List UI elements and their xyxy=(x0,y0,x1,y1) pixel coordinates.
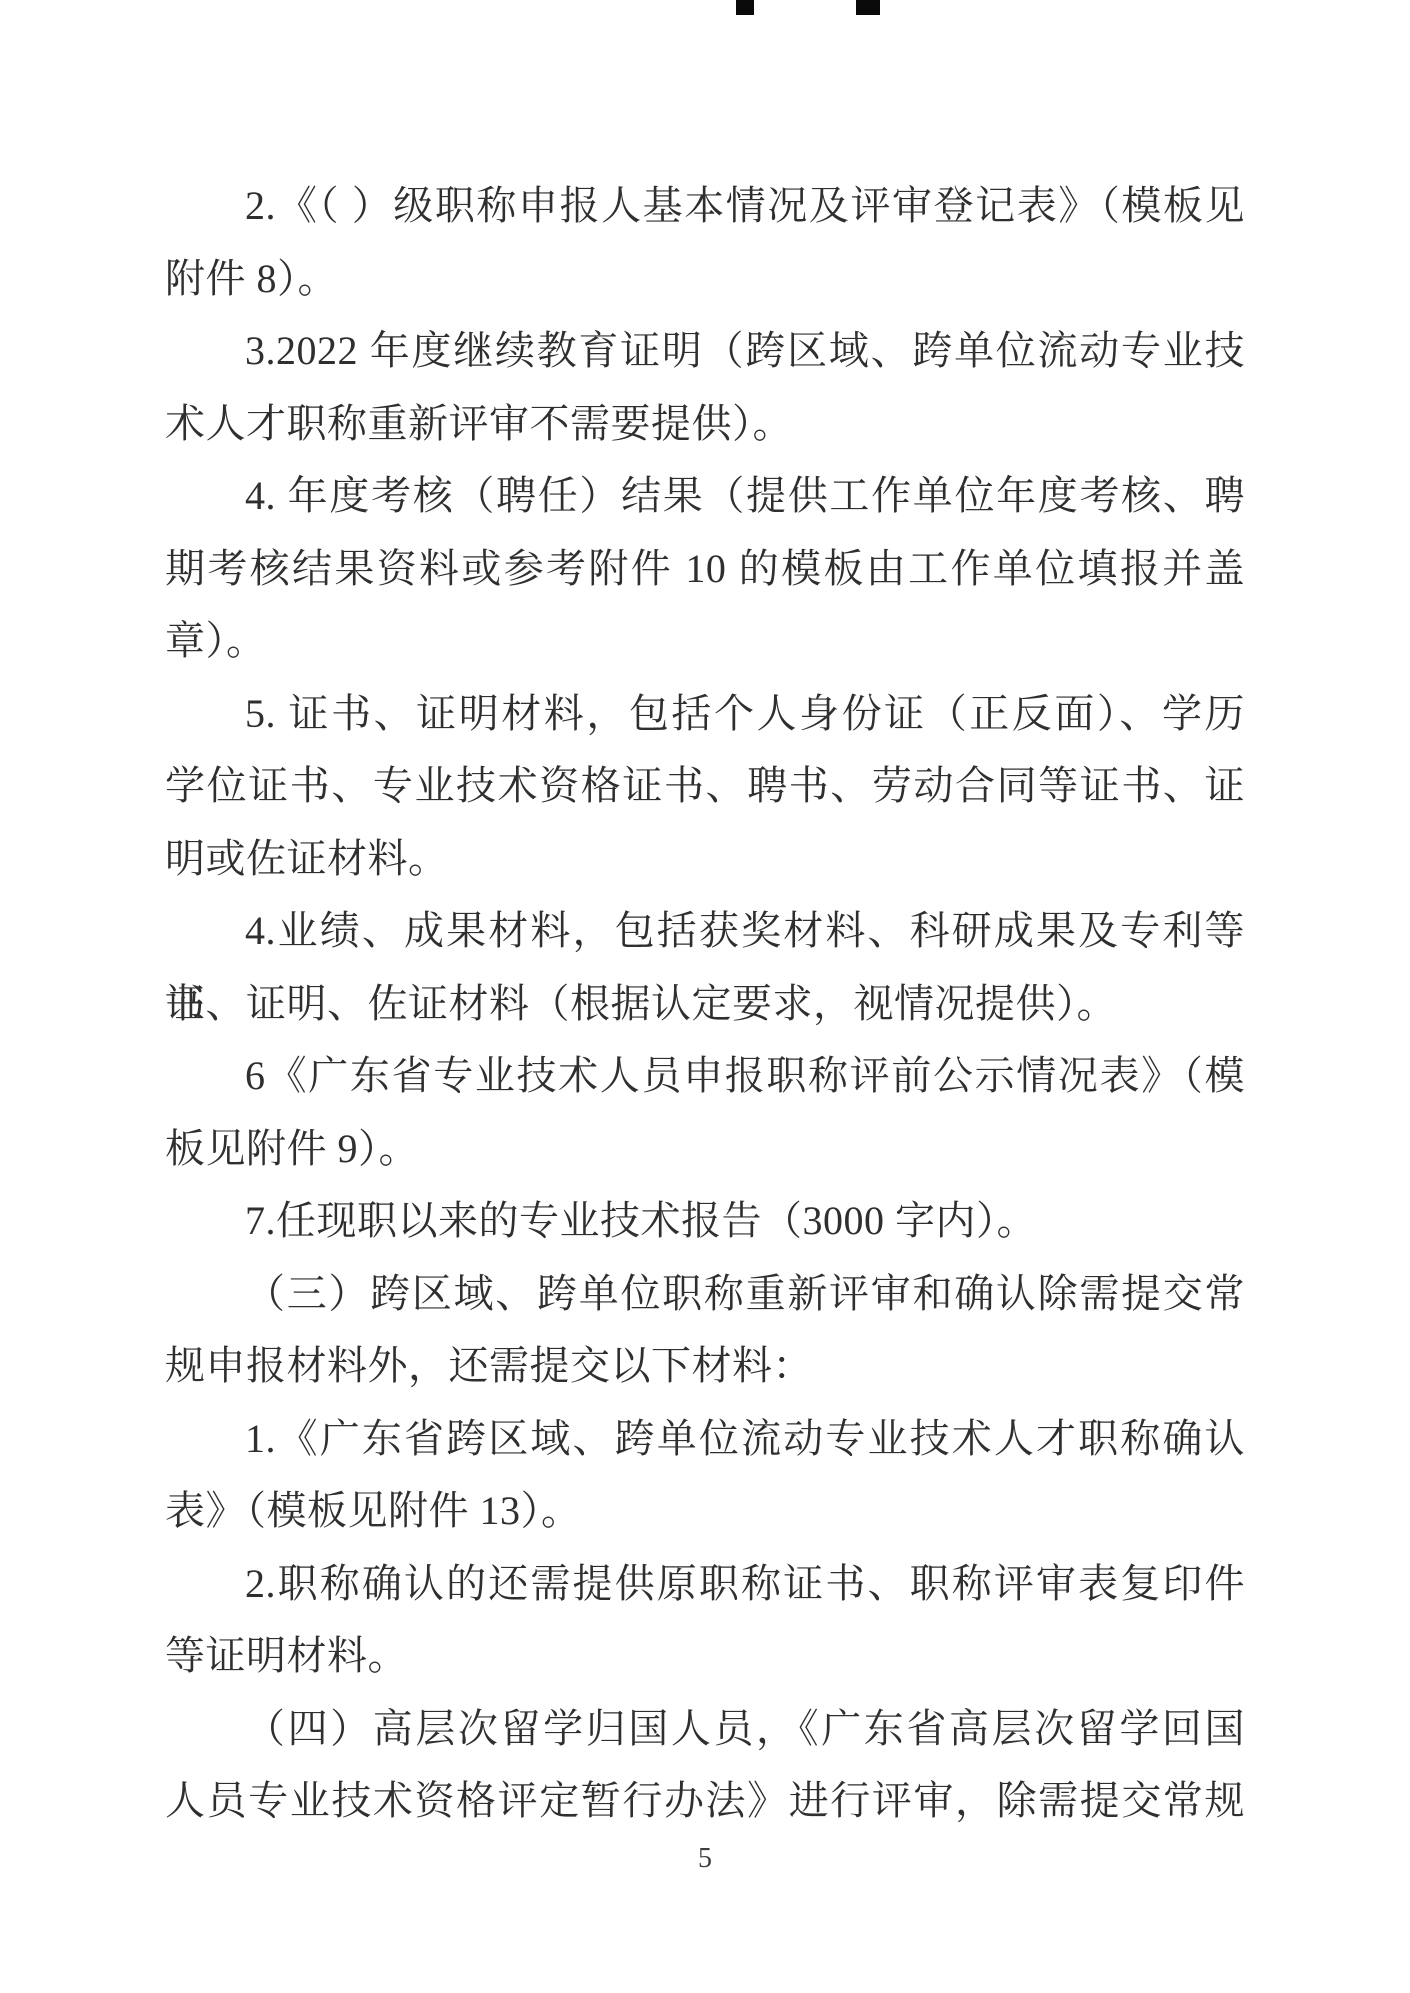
paragraph-line: 书、证明、佐证材料（根据认定要求，视情况提供）。 xyxy=(165,968,1245,1041)
paragraph-line: 6《广东省专业技术人员申报职称评前公示情况表》（模 xyxy=(165,1040,1245,1113)
document-text-block: 2.《（ ）级职称申报人基本情况及评审登记表》（模板见 附件 8）。 3.202… xyxy=(165,170,1245,1838)
paragraph-line: 7.任现职以来的专业技术报告（3000 字内）。 xyxy=(165,1185,1245,1258)
paragraph-line: 表》（模板见附件 13）。 xyxy=(165,1475,1245,1548)
paragraph-line: （四）高层次留学归国人员，《广东省高层次留学回国 xyxy=(165,1693,1245,1766)
paragraph-line: 2.职称确认的还需提供原职称证书、职称评审表复印件 xyxy=(165,1548,1245,1621)
paragraph-line: 附件 8）。 xyxy=(165,243,1245,316)
scan-artifact-mark xyxy=(856,0,880,15)
paragraph-line: 明或佐证材料。 xyxy=(165,823,1245,896)
page-number: 5 xyxy=(0,1842,1410,1876)
paragraph-line: 板见附件 9）。 xyxy=(165,1113,1245,1186)
paragraph-line: 期考核结果资料或参考附件 10 的模板由工作单位填报并盖 xyxy=(165,533,1245,606)
paragraph-line: 术人才职称重新评审不需要提供）。 xyxy=(165,388,1245,461)
paragraph-line: 1.《广东省跨区域、跨单位流动专业技术人才职称确认 xyxy=(165,1403,1245,1476)
paragraph-line: 2.《（ ）级职称申报人基本情况及评审登记表》（模板见 xyxy=(165,170,1245,243)
paragraph-line: 规申报材料外，还需提交以下材料： xyxy=(165,1330,1245,1403)
paragraph-line: 等证明材料。 xyxy=(165,1620,1245,1693)
paragraph-line: 章）。 xyxy=(165,605,1245,678)
paragraph-line: 人员专业技术资格评定暂行办法》进行评审，除需提交常规 xyxy=(165,1765,1245,1838)
paragraph-line: 5. 证书、证明材料，包括个人身份证（正反面）、学历 xyxy=(165,678,1245,751)
document-page: 2.《（ ）级职称申报人基本情况及评审登记表》（模板见 附件 8）。 3.202… xyxy=(0,0,1410,1993)
paragraph-line: 3.2022 年度继续教育证明（跨区域、跨单位流动专业技 xyxy=(165,315,1245,388)
scan-artifact-mark xyxy=(736,0,754,15)
paragraph-line: 学位证书、专业技术资格证书、聘书、劳动合同等证书、证 xyxy=(165,750,1245,823)
paragraph-line: 4.业绩、成果材料，包括获奖材料、科研成果及专利等证 xyxy=(165,895,1245,968)
paragraph-line: 4. 年度考核（聘任）结果（提供工作单位年度考核、聘 xyxy=(165,460,1245,533)
paragraph-line: （三）跨区域、跨单位职称重新评审和确认除需提交常 xyxy=(165,1258,1245,1331)
